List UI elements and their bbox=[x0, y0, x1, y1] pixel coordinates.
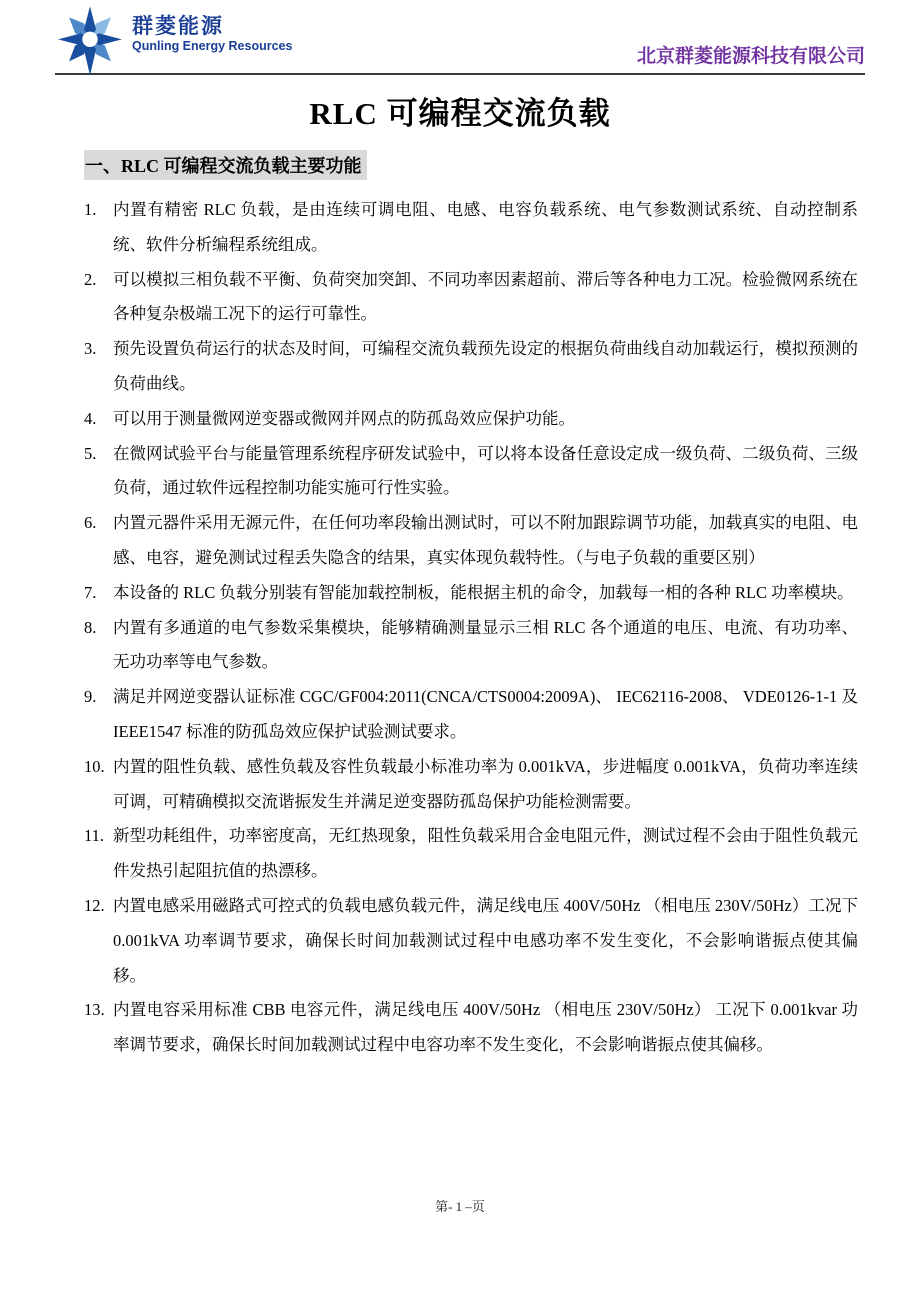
feature-number: 11. bbox=[84, 819, 104, 854]
feature-text: 可以模拟三相负载不平衡、负荷突加突卸、不同功率因素超前、滞后等各种电力工况。检验… bbox=[113, 270, 858, 324]
feature-text: 内置的阻性负载、感性负载及容性负载最小标准功率为 0.001kVA，步进幅度 0… bbox=[113, 757, 858, 811]
feature-list: 1.内置有精密 RLC 负载，是由连续可调电阻、电感、电容负载系统、电气参数测试… bbox=[84, 193, 858, 1063]
feature-text: 内置有多通道的电气参数采集模块，能够精确测量显示三相 RLC 各个通道的电压、电… bbox=[113, 618, 858, 672]
feature-number: 1. bbox=[84, 193, 96, 228]
feature-number: 6. bbox=[84, 506, 96, 541]
feature-number: 13. bbox=[84, 993, 105, 1028]
feature-text: 可以用于测量微网逆变器或微网并网点的防孤岛效应保护功能。 bbox=[113, 409, 575, 428]
page-footer: 第- 1 –页 bbox=[0, 1196, 920, 1215]
feature-number: 12. bbox=[84, 889, 105, 924]
feature-item: 4.可以用于测量微网逆变器或微网并网点的防孤岛效应保护功能。 bbox=[84, 402, 858, 437]
logo-title-cn: 群菱能源 bbox=[132, 15, 292, 38]
feature-text: 预先设置负荷运行的状态及时间，可编程交流负载预先设定的根据负荷曲线自动加载运行，… bbox=[113, 339, 858, 393]
feature-item: 6.内置元器件采用无源元件，在任何功率段输出测试时，可以不附加跟踪调节功能，加载… bbox=[84, 506, 858, 576]
logo-star-icon bbox=[57, 6, 123, 76]
feature-number: 5. bbox=[84, 437, 96, 472]
feature-number: 7. bbox=[84, 576, 96, 611]
feature-text: 内置有精密 RLC 负载，是由连续可调电阻、电感、电容负载系统、电气参数测试系统… bbox=[113, 200, 858, 254]
feature-item: 11.新型功耗组件，功率密度高，无红热现象，阻性负载采用合金电阻元件，测试过程不… bbox=[84, 819, 858, 889]
feature-text: 本设备的 RLC 负载分别装有智能加载控制板，能根据主机的命令，加载每一相的各种… bbox=[113, 583, 854, 602]
company-logo: 群菱能源 Qunling Energy Resources bbox=[57, 6, 292, 76]
feature-item: 5.在微网试验平台与能量管理系统程序研发试验中，可以将本设备任意设定成一级负荷、… bbox=[84, 437, 858, 507]
company-name: 北京群菱能源科技有限公司 bbox=[637, 41, 865, 68]
feature-item: 3.预先设置负荷运行的状态及时间，可编程交流负载预先设定的根据负荷曲线自动加载运… bbox=[84, 332, 858, 402]
page-header: 群菱能源 Qunling Energy Resources 北京群菱能源科技有限… bbox=[55, 0, 865, 75]
section-heading: 一、RLC 可编程交流负载主要功能 bbox=[84, 150, 367, 180]
feature-item: 10.内置的阻性负载、感性负载及容性负载最小标准功率为 0.001kVA，步进幅… bbox=[84, 750, 858, 820]
feature-item: 12.内置电感采用磁路式可控式的负载电感负载元件，满足线电压 400V/50Hz… bbox=[84, 889, 858, 993]
document-title: RLC 可编程交流负载 bbox=[0, 88, 920, 133]
document-page: 群菱能源 Qunling Energy Resources 北京群菱能源科技有限… bbox=[0, 0, 920, 1302]
feature-number: 10. bbox=[84, 750, 105, 785]
feature-item: 7.本设备的 RLC 负载分别装有智能加载控制板，能根据主机的命令，加载每一相的… bbox=[84, 576, 858, 611]
feature-number: 4. bbox=[84, 402, 96, 437]
logo-subtitle-en: Qunling Energy Resources bbox=[132, 40, 292, 54]
feature-item: 1.内置有精密 RLC 负载，是由连续可调电阻、电感、电容负载系统、电气参数测试… bbox=[84, 193, 858, 263]
feature-number: 8. bbox=[84, 611, 96, 646]
feature-number: 2. bbox=[84, 263, 96, 298]
logo-text: 群菱能源 Qunling Energy Resources bbox=[132, 15, 292, 68]
feature-text: 新型功耗组件，功率密度高，无红热现象，阻性负载采用合金电阻元件，测试过程不会由于… bbox=[113, 826, 858, 880]
feature-text: 内置电感采用磁路式可控式的负载电感负载元件，满足线电压 400V/50Hz （相… bbox=[113, 896, 858, 985]
feature-item: 13.内置电容采用标准 CBB 电容元件，满足线电压 400V/50Hz （相电… bbox=[84, 993, 858, 1063]
feature-text: 在微网试验平台与能量管理系统程序研发试验中，可以将本设备任意设定成一级负荷、二级… bbox=[113, 444, 858, 498]
page-number: 第- 1 –页 bbox=[435, 1199, 485, 1214]
feature-item: 8.内置有多通道的电气参数采集模块，能够精确测量显示三相 RLC 各个通道的电压… bbox=[84, 611, 858, 681]
feature-text: 内置元器件采用无源元件，在任何功率段输出测试时，可以不附加跟踪调节功能，加载真实… bbox=[113, 513, 858, 567]
feature-text: 满足并网逆变器认证标准 CGC/GF004:2011(CNCA/CTS0004:… bbox=[113, 687, 858, 741]
section-heading-row: 一、RLC 可编程交流负载主要功能 bbox=[84, 150, 920, 180]
feature-number: 3. bbox=[84, 332, 96, 367]
feature-item: 2.可以模拟三相负载不平衡、负荷突加突卸、不同功率因素超前、滞后等各种电力工况。… bbox=[84, 263, 858, 333]
feature-text: 内置电容采用标准 CBB 电容元件，满足线电压 400V/50Hz （相电压 2… bbox=[113, 1000, 858, 1054]
feature-number: 9. bbox=[84, 680, 96, 715]
feature-item: 9.满足并网逆变器认证标准 CGC/GF004:2011(CNCA/CTS000… bbox=[84, 680, 858, 750]
